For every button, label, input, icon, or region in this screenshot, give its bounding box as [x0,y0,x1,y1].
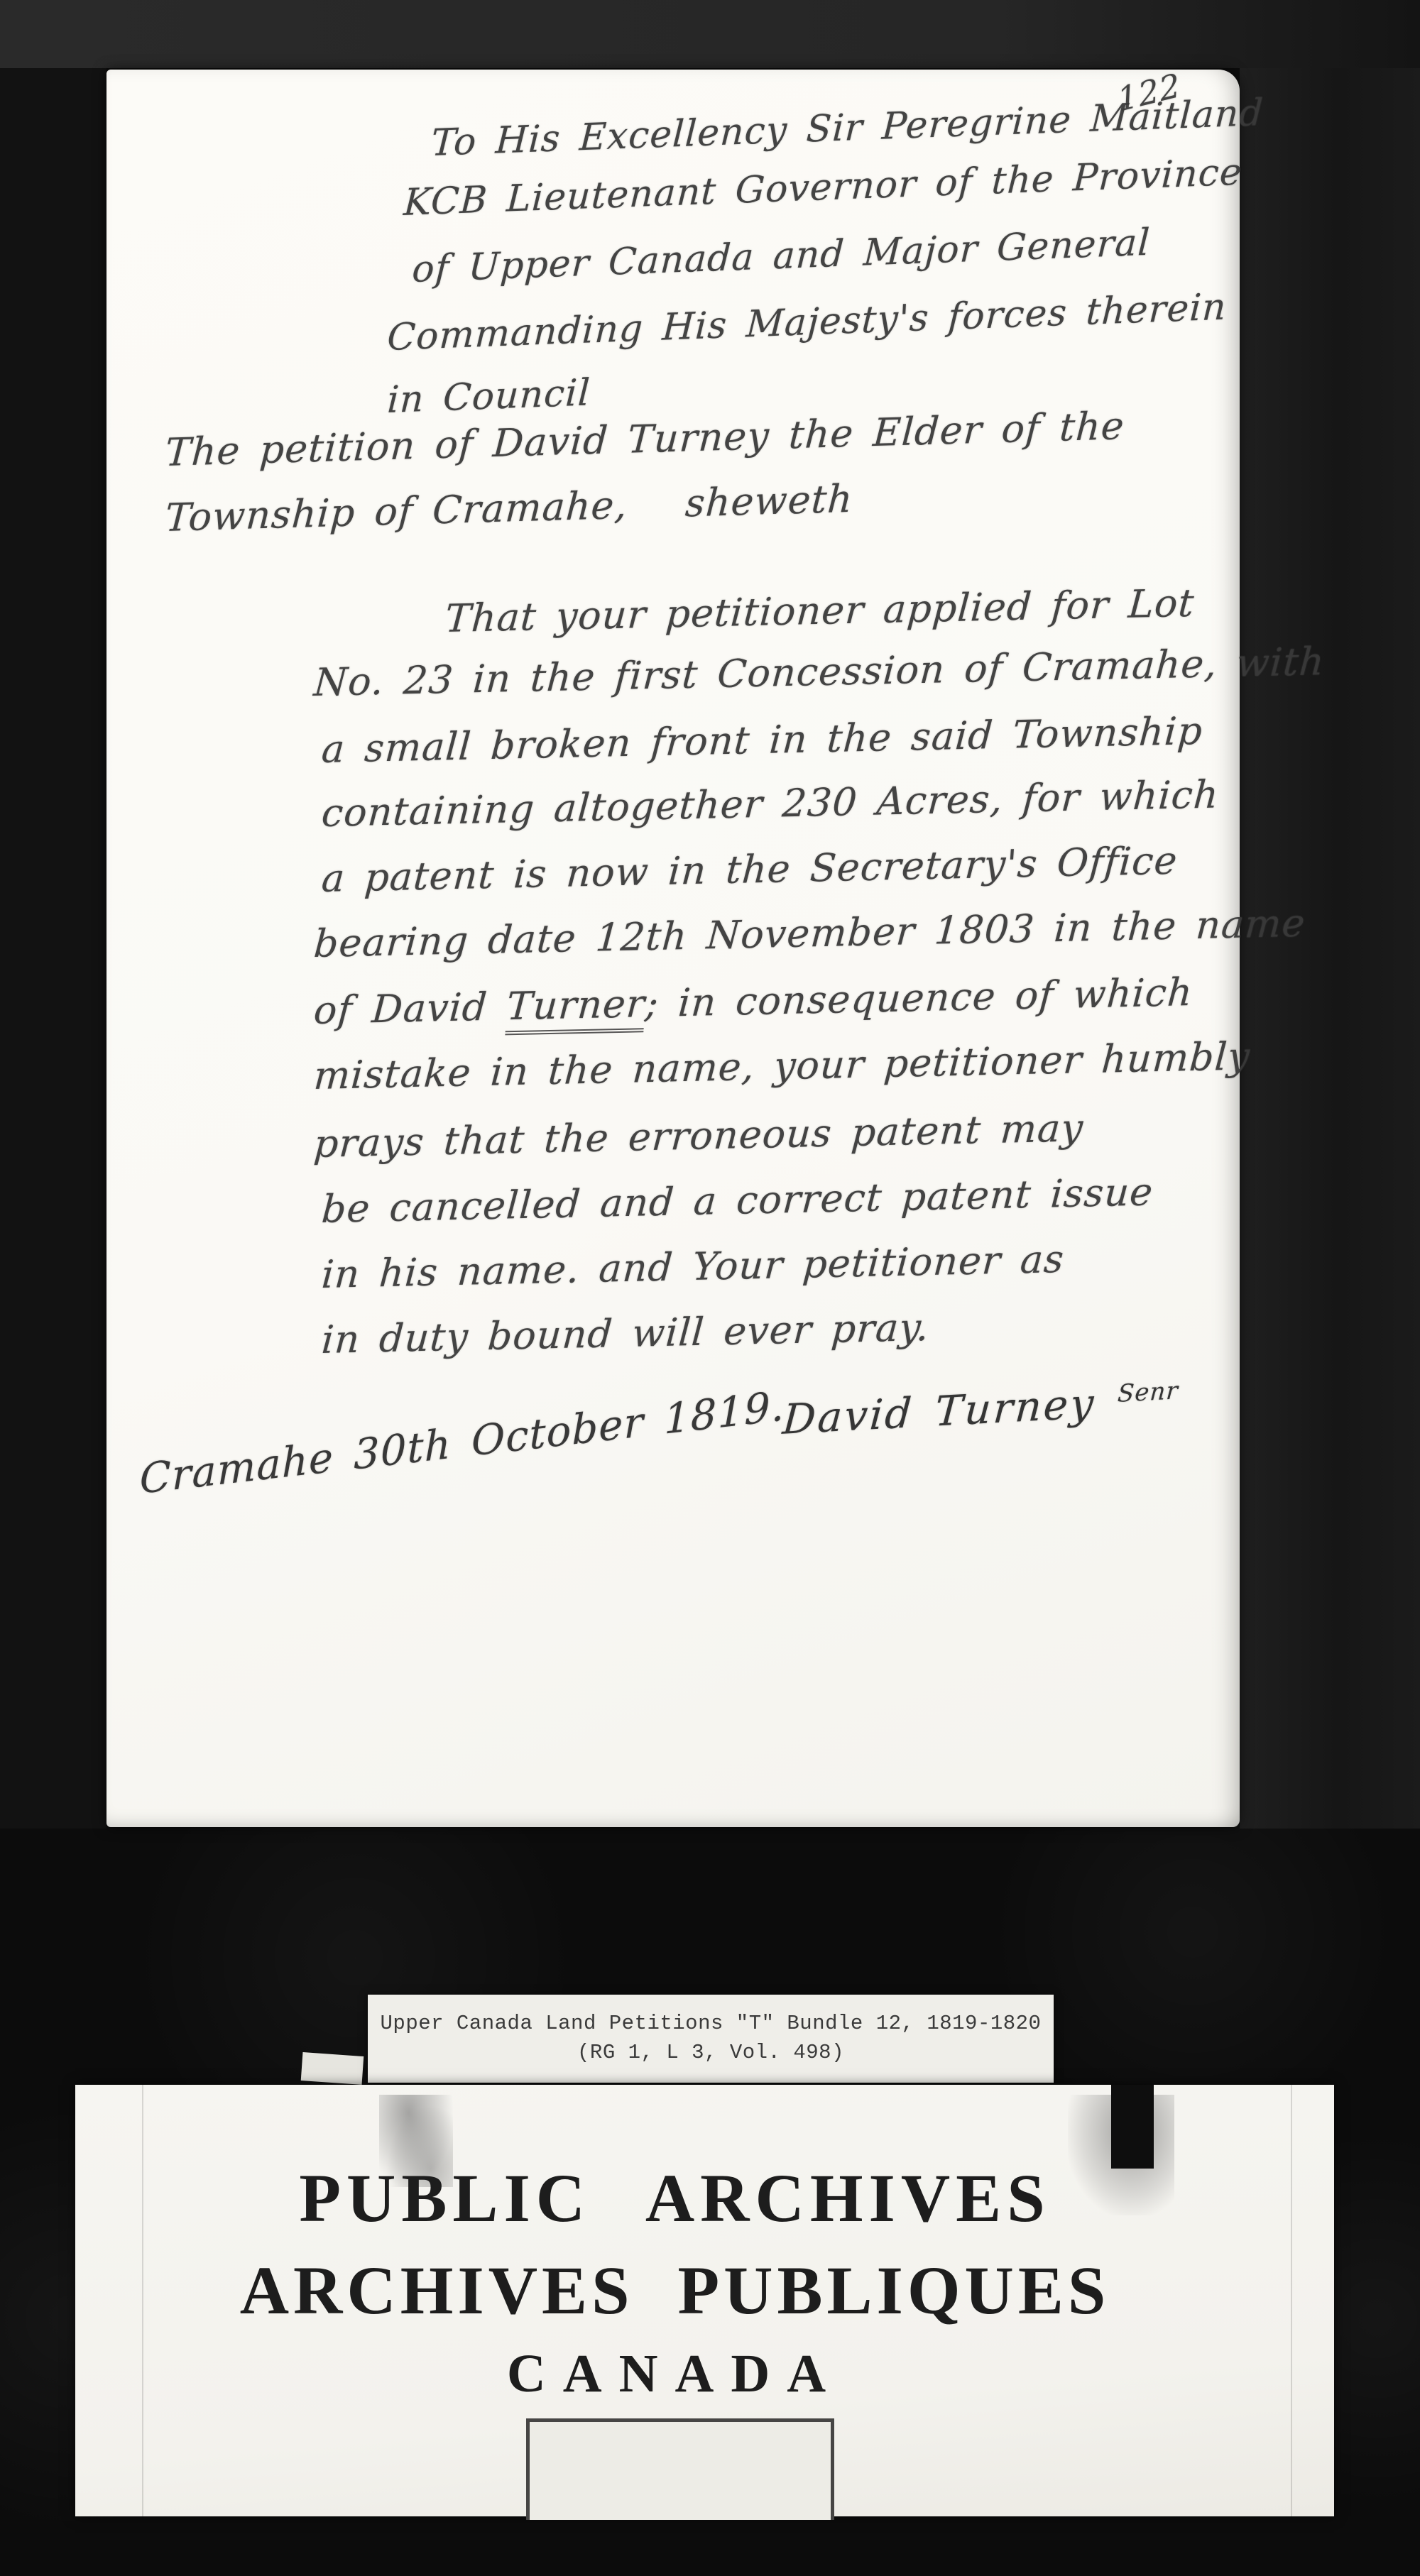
petition-body-line: No. 23 in the first Concession of Cramah… [312,639,1326,705]
petition-body-line: a small broken front in the said Townshi… [320,708,1204,772]
tape-shadow-mark [1111,2085,1154,2169]
petition-body-line: a patent is now in the Secretary's Offic… [320,838,1179,901]
petition-body-line: containing altogether 230 Acres, for whi… [320,772,1220,835]
card-title-english: PUBLIC ARCHIVES [45,2159,1304,2237]
petition-body-line: be cancelled and a correct patent issue [320,1169,1154,1232]
petition-body-line: That your petitioner applied for Lot [444,581,1196,641]
petition-intro-line: Township of Cramahe, sheweth [164,476,854,540]
archive-reference-label: Upper Canada Land Petitions "T" Bundle 1… [368,1995,1054,2083]
petition-body-line: mistake in the name, your petitioner hum… [312,1034,1252,1098]
petition-body-line: prays that the erroneous patent may [312,1105,1085,1166]
petition-address-line: of Upper Canada and Major General [411,221,1152,291]
reference-label-line1: Upper Canada Land Petitions "T" Bundle 1… [368,2012,1054,2035]
petition-intro-line: The petition of David Turney the Elder o… [164,403,1126,475]
petition-body-line: in his name. and Your petitioner as [320,1237,1066,1297]
background-right-panel [1240,68,1420,1829]
signature: David Turney Senr [781,1374,1179,1444]
background-top-band [0,0,1420,68]
petition-address-line: Commanding His Majesty's forces therein [386,286,1228,359]
petition-address-line: To His Excellency Sir Peregrine Maitland [430,92,1265,165]
dateline: Cramahe 30th October 1819. [139,1381,785,1503]
signature-name: David Turney [781,1379,1097,1444]
petition-address-line: in Council [386,371,591,422]
petition-body-line: bearing date 12th November 1803 in the n… [312,901,1307,966]
name-line-pre: of David [312,984,508,1033]
petition-name-line: of David Turner; in consequence of which [312,970,1194,1033]
public-archives-card: PUBLIC ARCHIVES ARCHIVES PUBLIQUES CANAD… [75,2085,1334,2516]
card-title-french: ARCHIVES PUBLIQUES [45,2251,1304,2330]
petition-address-line: KCB Lieutenant Governor of the Province [403,151,1243,224]
name-line-post: ; in consequence of which [644,970,1194,1026]
petition-body-line: in duty bound will ever pray. [320,1305,931,1362]
signature-suffix: Senr [1117,1376,1179,1408]
reference-label-line2: (RG 1, L 3, Vol. 498) [368,2041,1054,2064]
card-bottom-tab [526,2418,834,2520]
card-title-canada: CANADA [45,2343,1304,2405]
background-left-margin [0,68,106,1829]
underlined-wrong-name: Turner [505,981,647,1035]
paper-scrap [301,2052,364,2085]
petition-page: 122 To His Excellency Sir Peregrine Mait… [106,70,1240,1827]
